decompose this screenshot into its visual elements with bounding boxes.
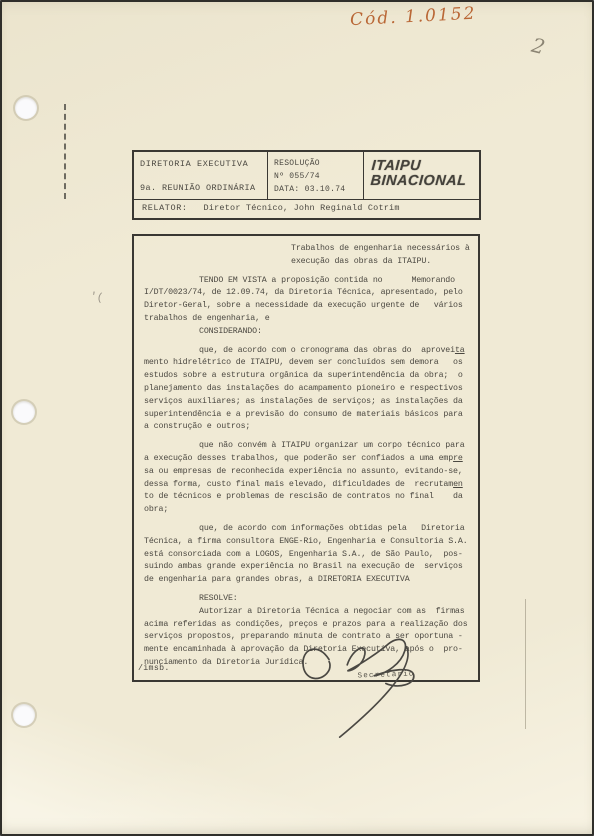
document-header-table: DIRETORIA EXECUTIVA 9a. REUNIÃO ORDINÁRI… <box>132 150 481 220</box>
body-line: CONSIDERANDO: <box>144 326 472 339</box>
secretary-signature-block: Secretário <box>290 619 454 755</box>
logo-line2: BINACIONAL <box>370 174 472 189</box>
punch-hole-middle <box>13 401 35 423</box>
hyphenation-underline: ta <box>455 346 465 355</box>
body-line: está consorciada com a LOGOS, Engenharia… <box>144 549 472 562</box>
typist-initials: /imsb. <box>138 664 170 673</box>
body-line: to de técnicos e problemas de rescisão d… <box>144 491 472 504</box>
body-line: que não convém à ITAIPU organizar um cor… <box>144 440 472 453</box>
signature-icon <box>290 619 454 755</box>
resolution-label: RESOLUÇÃO <box>274 157 357 170</box>
punch-hole-bottom <box>13 704 35 726</box>
body-line: serviços auxiliares; as instalações de s… <box>144 396 472 409</box>
body-line: Técnica, a firma consultora ENGE-Rio, En… <box>144 536 472 549</box>
relator-label: RELATOR: <box>142 203 188 213</box>
itaipu-binacional-logo: ITAIPU BINACIONAL <box>370 159 473 189</box>
body-line: sa ou empresas de reconhecida experiênci… <box>144 466 472 479</box>
punch-hole-top <box>15 97 37 119</box>
header-cell-resolution: RESOLUÇÃO Nº 055/74 DATA: 03.10.74 <box>268 152 364 199</box>
body-line: planejamento das instalações do acampame… <box>144 383 472 396</box>
body-line: trabalhos de engenharia, e <box>144 313 472 326</box>
body-line: estudos sobre a estrutura orgânica da su… <box>144 370 472 383</box>
relator-value: Diretor Técnico, John Reginald Cotrim <box>204 203 400 213</box>
scan-artifact-dashed-line <box>64 104 66 199</box>
body-line: obra; <box>144 504 472 517</box>
directorate-name: DIRETORIA EXECUTIVA <box>140 159 261 169</box>
body-line: que, de acordo com o cronograma das obra… <box>144 345 472 358</box>
handwritten-code-annotation: Cód. 1.0152 <box>350 2 511 30</box>
scanned-document-page: Cód. 1.0152 2 '( DIRETORIA EXECUTIVA 9a.… <box>0 0 594 836</box>
resolution-body-box: Trabalhos de engenharia necessários àexe… <box>132 234 480 682</box>
hyphenation-underline: en <box>453 480 463 489</box>
relator-spacer <box>188 203 204 213</box>
handwritten-page-number: 2 <box>529 33 547 59</box>
logo-line1: ITAIPU <box>371 159 473 174</box>
relator-row: RELATOR: Diretor Técnico, John Reginald … <box>134 199 479 218</box>
header-cell-directorate: DIRETORIA EXECUTIVA 9a. REUNIÃO ORDINÁRI… <box>134 152 268 199</box>
body-line: I/DT/0023/74, de 12.09.74, da Diretoria … <box>144 287 472 300</box>
body-line: que, de acordo com informações obtidas p… <box>144 523 472 536</box>
scan-artifact-faint-line <box>525 599 526 729</box>
body-text: Trabalhos de engenharia necessários àexe… <box>144 243 472 670</box>
body-line: suindo ambas grande experiência no Brasi… <box>144 561 472 574</box>
resolution-number: Nº 055/74 <box>274 170 357 183</box>
header-cell-logo: ITAIPU BINACIONAL <box>364 152 479 199</box>
body-line: execução das obras da ITAIPU. <box>144 256 472 269</box>
body-line: a construção e outros; <box>144 421 472 434</box>
body-line: a execução desses trabalhos, que poderão… <box>144 453 472 466</box>
body-line: Autorizar a Diretoria Técnica a negociar… <box>144 606 472 619</box>
body-line: Trabalhos de engenharia necessários à <box>144 243 472 256</box>
body-line: dessa forma, custo final mais elevado, d… <box>144 479 472 492</box>
body-line: RESOLVE: <box>144 593 472 606</box>
header-row: DIRETORIA EXECUTIVA 9a. REUNIÃO ORDINÁRI… <box>134 152 479 200</box>
relator-line: RELATOR: Diretor Técnico, John Reginald … <box>142 203 471 213</box>
hyphenation-underline: re <box>453 454 463 463</box>
meeting-name: 9a. REUNIÃO ORDINÁRIA <box>140 183 261 193</box>
body-line: TENDO EM VISTA a proposição contida no M… <box>144 275 472 288</box>
resolution-date: DATA: 03.10.74 <box>274 183 357 196</box>
body-line: mento hidrelétrico de ITAIPU, devem ser … <box>144 357 472 370</box>
body-line: superintendência e a previsão do consumo… <box>144 409 472 422</box>
pencil-mark: '( <box>89 291 104 305</box>
body-line: Diretor-Geral, sobre a necessidade da ex… <box>144 300 472 313</box>
body-line: de engenharia para grandes obras, a DIRE… <box>144 574 472 587</box>
